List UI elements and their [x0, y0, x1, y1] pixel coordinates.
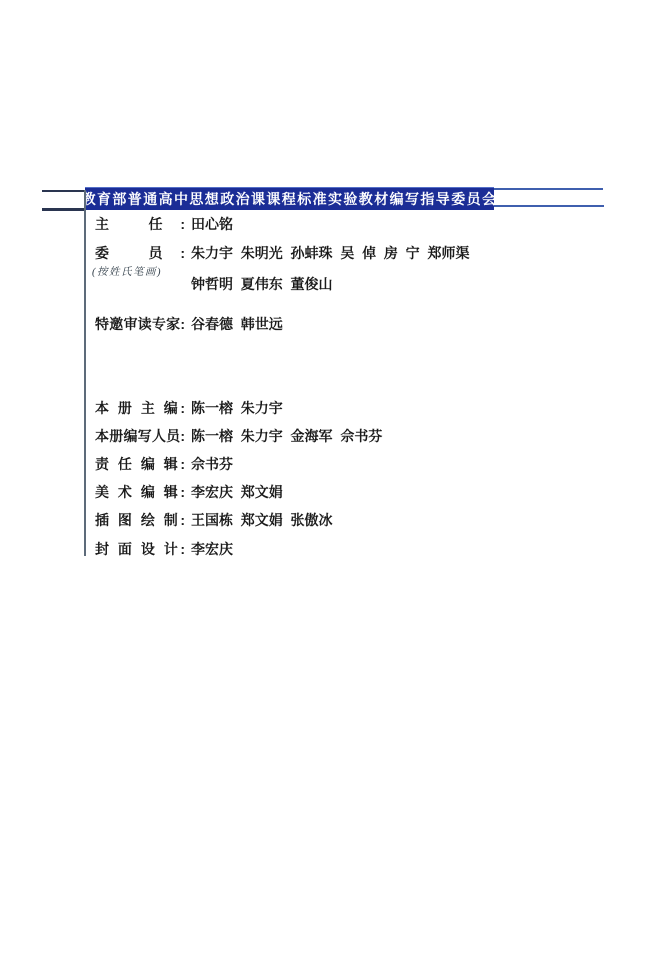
credits-label: 本册编写人员:	[95, 427, 185, 445]
credits-row-illustrations: 插 图 绘 制: 王国栋 郑文娟 张傲冰	[95, 511, 333, 529]
rule-right-bottom	[494, 205, 604, 207]
members-label: 委 员:	[95, 244, 185, 262]
chair-row: 主 任: 田心铭	[95, 215, 233, 233]
credits-names: 李宏庆	[191, 540, 233, 558]
scanned-book-page: 教育部普通高中思想政治课课程标准实验教材编写指导委员会 主 任: 田心铭 委 员…	[0, 0, 650, 957]
sort-by-strokes-note: (按姓氏笔画)	[92, 264, 162, 279]
chair-label: 主 任:	[95, 215, 185, 233]
credits-names: 陈一榕 朱力宇 金海军 佘书芬	[191, 427, 382, 445]
committee-header-title: 教育部普通高中思想政治课课程标准实验教材编写指导委员会	[82, 189, 498, 209]
credits-label: 美 术 编 辑:	[95, 483, 185, 501]
credits-names: 佘书芬	[191, 455, 233, 473]
credits-names: 王国栋 郑文娟 张傲冰	[191, 511, 333, 529]
chair-names: 田心铭	[191, 215, 233, 233]
credits-label: 插 图 绘 制:	[95, 511, 185, 529]
rule-right-top	[494, 188, 603, 190]
credits-row-art-editor: 美 术 编 辑: 李宏庆 郑文娟	[95, 483, 283, 501]
credits-row-cover-design: 封 面 设 计: 李宏庆	[95, 540, 233, 558]
credits-names: 陈一榕 朱力宇	[191, 399, 283, 417]
credits-label: 本 册 主 编:	[95, 399, 185, 417]
rule-left-top	[42, 190, 86, 192]
experts-label: 特邀审读专家:	[95, 315, 185, 333]
left-margin-divider	[84, 190, 86, 556]
credits-names: 李宏庆 郑文娟	[191, 483, 283, 501]
experts-names: 谷春德 韩世远	[191, 315, 283, 333]
members-names-line2: 钟哲明 夏伟东 董俊山	[191, 275, 333, 293]
credits-label: 封 面 设 计:	[95, 540, 185, 558]
rule-left-bottom	[42, 208, 86, 211]
committee-header-bar: 教育部普通高中思想政治课课程标准实验教材编写指导委员会	[85, 187, 494, 210]
credits-row-chief-editor: 本 册 主 编: 陈一榕 朱力宇	[95, 399, 283, 417]
credits-row-responsible-editor: 责 任 编 辑: 佘书芬	[95, 455, 233, 473]
credits-row-writers: 本册编写人员: 陈一榕 朱力宇 金海军 佘书芬	[95, 427, 382, 445]
members-row: 委 员: 朱力宇 朱明光 孙蚌珠 吴 倬 房 宁 郑师渠	[95, 244, 469, 262]
members-names: 朱力宇 朱明光 孙蚌珠 吴 倬 房 宁 郑师渠	[191, 244, 469, 262]
experts-row: 特邀审读专家: 谷春德 韩世远	[95, 315, 283, 333]
credits-label: 责 任 编 辑:	[95, 455, 185, 473]
